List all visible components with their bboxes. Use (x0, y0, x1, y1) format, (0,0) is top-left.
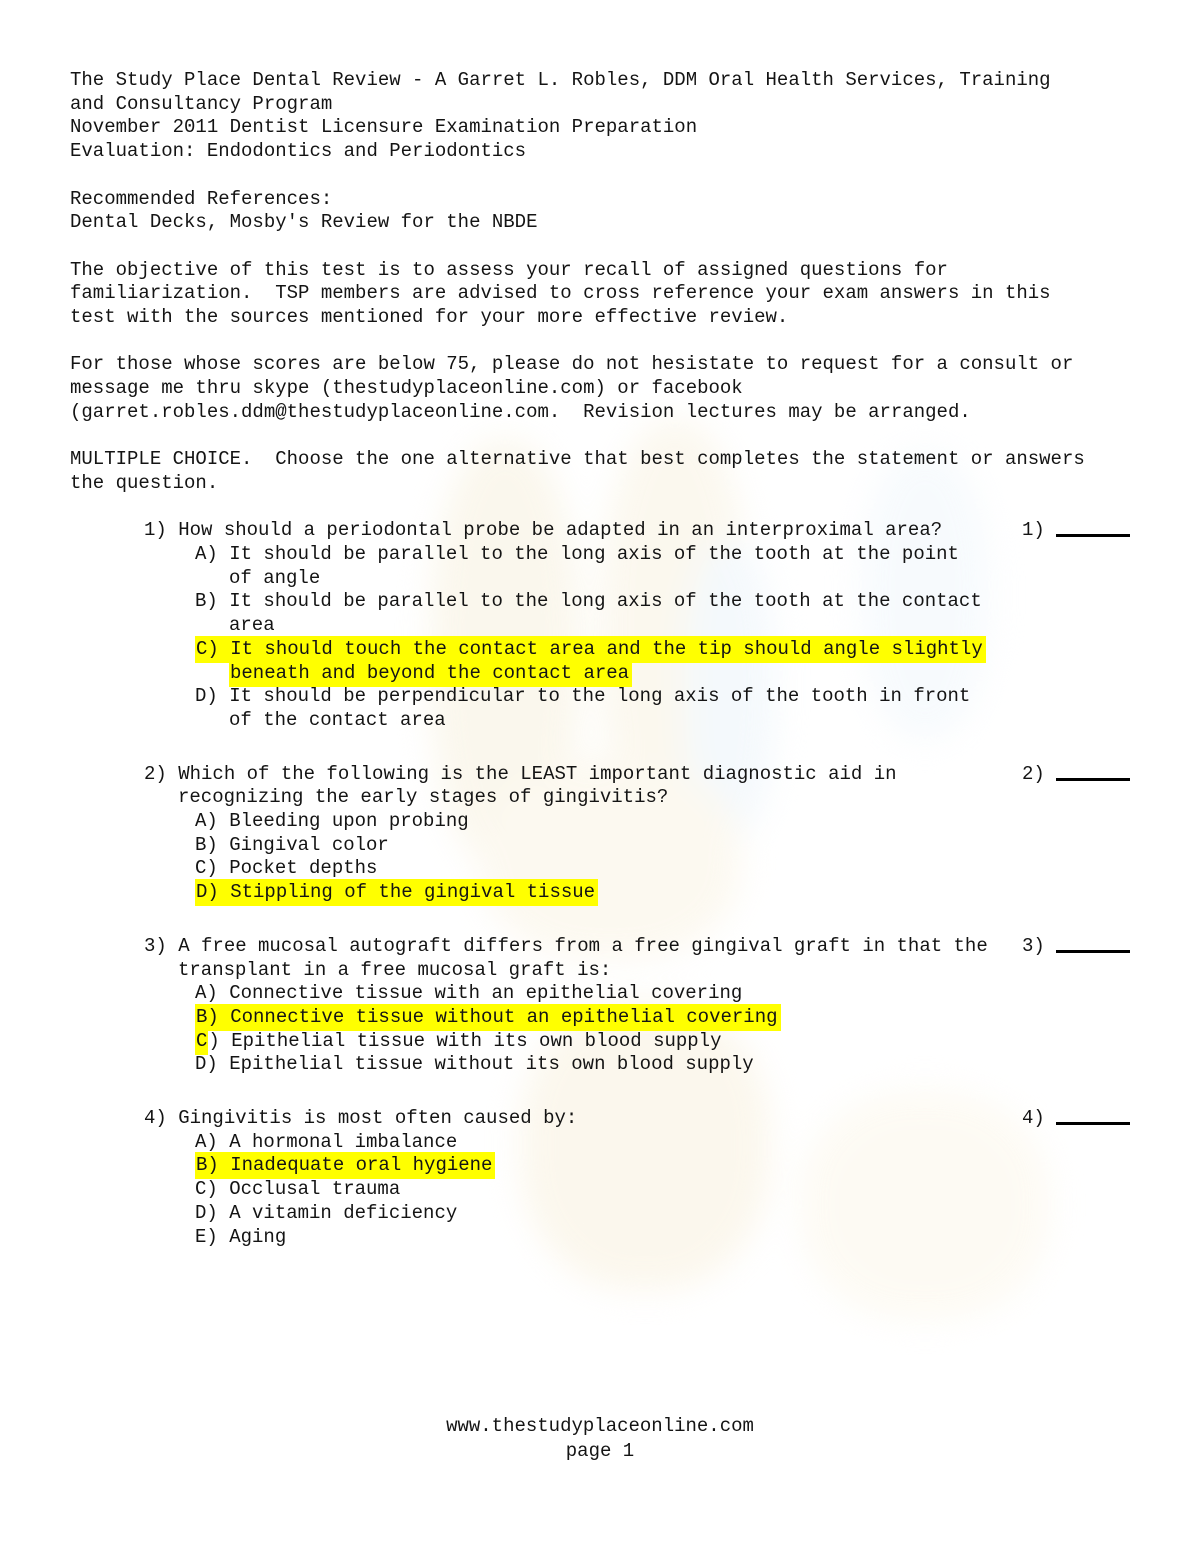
option-line-B: B) Connective tissue without an epitheli… (70, 1006, 1130, 1030)
question-text: 3) A free mucosal autograft differs from… (144, 935, 988, 957)
option-text: A) Bleeding upon probing (195, 810, 469, 832)
option-line-D: D) Epithelial tissue without its own blo… (70, 1053, 1130, 1077)
answer-slot-label: 4) (1022, 1107, 1045, 1129)
option-text: D) Epithelial tissue without its own blo… (195, 1053, 754, 1075)
option-text: B) Gingival color (195, 834, 389, 856)
option-line-A: A) A hormonal imbalance (70, 1131, 1130, 1155)
text-line: (garret.robles.ddm@thestudyplaceonline.c… (70, 401, 1130, 425)
option-line-C: C) Occlusal trauma (70, 1178, 1130, 1202)
text-line: Evaluation: Endodontics and Periodontics (70, 140, 1130, 164)
option-line-C: C) Epithelial tissue with its own blood … (70, 1030, 1130, 1054)
text-line: Recommended References: (70, 188, 1130, 212)
option-continuation-line: beneath and beyond the contact area (70, 662, 1130, 686)
highlighted-option-letter: C (195, 1028, 208, 1055)
option-line-D: D) Stippling of the gingival tissue (70, 881, 1130, 905)
text-line: MULTIPLE CHOICE. Choose the one alternat… (70, 448, 1130, 472)
text-line: familiarization. TSP members are advised… (70, 282, 1130, 306)
option-line-C: C) It should touch the contact area and … (70, 638, 1130, 662)
answer-slot-label: 3) (1022, 935, 1045, 957)
highlighted-option: B) Connective tissue without an epitheli… (195, 1004, 781, 1031)
text-line: For those whose scores are below 75, ple… (70, 353, 1130, 377)
question-text: 4) Gingivitis is most often caused by: (144, 1107, 577, 1129)
footer-website: www.thestudyplaceonline.com (0, 1414, 1200, 1439)
answer-blank-line (1056, 1122, 1130, 1125)
option-text: D) It should be perpendicular to the lon… (195, 685, 970, 707)
document-page: The Study Place Dental Review - A Garret… (0, 0, 1200, 1553)
option-text: of the contact area (229, 709, 446, 731)
option-line-B: B) It should be parallel to the long axi… (70, 590, 1130, 614)
question-text-line: transplant in a free mucosal graft is: (70, 959, 1130, 983)
option-line-C: C) Pocket depths (70, 857, 1130, 881)
highlighted-option: C) It should touch the contact area and … (195, 636, 986, 663)
option-text: ) Epithelial tissue with its own blood s… (208, 1030, 721, 1052)
objective-paragraph: The objective of this test is to assess … (70, 259, 1130, 330)
text-line: and Consultancy Program (70, 93, 1130, 117)
option-line-B: B) Gingival color (70, 834, 1130, 858)
multiple-choice-instructions: MULTIPLE CHOICE. Choose the one alternat… (70, 448, 1130, 495)
answer-slot: 1) (1022, 519, 1130, 543)
answer-slot: 2) (1022, 763, 1130, 787)
answer-blank-line (1056, 950, 1130, 953)
recommended-references: Recommended References:Dental Decks, Mos… (70, 188, 1130, 235)
question-4: 4) Gingivitis is most often caused by:4)… (70, 1107, 1130, 1249)
question-first-line: 2) Which of the following is the LEAST i… (70, 763, 1130, 787)
footer: www.thestudyplaceonline.com page 1 (0, 1414, 1200, 1463)
option-text: A) Connective tissue with an epithelial … (195, 982, 742, 1004)
option-text: E) Aging (195, 1226, 286, 1248)
option-text: D) A vitamin deficiency (195, 1202, 457, 1224)
question-first-line: 4) Gingivitis is most often caused by:4) (70, 1107, 1130, 1131)
question-text-line: recognizing the early stages of gingivit… (70, 786, 1130, 810)
question-first-line: 3) A free mucosal autograft differs from… (70, 935, 1130, 959)
option-line-D: D) A vitamin deficiency (70, 1202, 1130, 1226)
text-line: message me thru skype (thestudyplaceonli… (70, 377, 1130, 401)
document-content: The Study Place Dental Review - A Garret… (0, 0, 1200, 1249)
option-text: C) Pocket depths (195, 857, 377, 879)
answer-slot: 3) (1022, 935, 1130, 959)
text-line: The Study Place Dental Review - A Garret… (70, 69, 1130, 93)
option-line-A: A) Bleeding upon probing (70, 810, 1130, 834)
text-line: test with the sources mentioned for your… (70, 306, 1130, 330)
option-continuation-line: of the contact area (70, 709, 1130, 733)
option-continuation-line: area (70, 614, 1130, 638)
option-continuation-line: of angle (70, 567, 1130, 591)
answer-slot: 4) (1022, 1107, 1130, 1131)
text-line: November 2011 Dentist Licensure Examinat… (70, 116, 1130, 140)
text-line: Dental Decks, Mosby's Review for the NBD… (70, 211, 1130, 235)
consult-paragraph: For those whose scores are below 75, ple… (70, 353, 1130, 424)
option-text: A) It should be parallel to the long axi… (195, 543, 959, 565)
footer-page-number: page 1 (0, 1439, 1200, 1464)
question-first-line: 1) How should a periodontal probe be ada… (70, 519, 1130, 543)
option-line-A: A) Connective tissue with an epithelial … (70, 982, 1130, 1006)
questions-section: 1) How should a periodontal probe be ada… (70, 519, 1130, 1249)
option-text: A) A hormonal imbalance (195, 1131, 457, 1153)
highlighted-option: D) Stippling of the gingival tissue (195, 879, 598, 906)
option-text: beneath and beyond the contact area (229, 660, 632, 687)
option-text: area (229, 614, 275, 636)
answer-slot-label: 2) (1022, 763, 1045, 785)
option-line-B: B) Inadequate oral hygiene (70, 1154, 1130, 1178)
option-text: C) Occlusal trauma (195, 1178, 400, 1200)
text-line: the question. (70, 472, 1130, 496)
question-3: 3) A free mucosal autograft differs from… (70, 935, 1130, 1077)
question-2: 2) Which of the following is the LEAST i… (70, 763, 1130, 905)
answer-blank-line (1056, 534, 1130, 537)
option-text: B) It should be parallel to the long axi… (195, 590, 982, 612)
question-text: 2) Which of the following is the LEAST i… (144, 763, 897, 785)
option-line-D: D) It should be perpendicular to the lon… (70, 685, 1130, 709)
document-header: The Study Place Dental Review - A Garret… (70, 69, 1130, 164)
answer-slot-label: 1) (1022, 519, 1045, 541)
option-line-E: E) Aging (70, 1226, 1130, 1250)
question-text: 1) How should a periodontal probe be ada… (144, 519, 942, 541)
highlighted-option: B) Inadequate oral hygiene (195, 1152, 495, 1179)
option-text: of angle (229, 567, 320, 589)
text-line: The objective of this test is to assess … (70, 259, 1130, 283)
answer-blank-line (1056, 778, 1130, 781)
question-1: 1) How should a periodontal probe be ada… (70, 519, 1130, 732)
option-line-A: A) It should be parallel to the long axi… (70, 543, 1130, 567)
